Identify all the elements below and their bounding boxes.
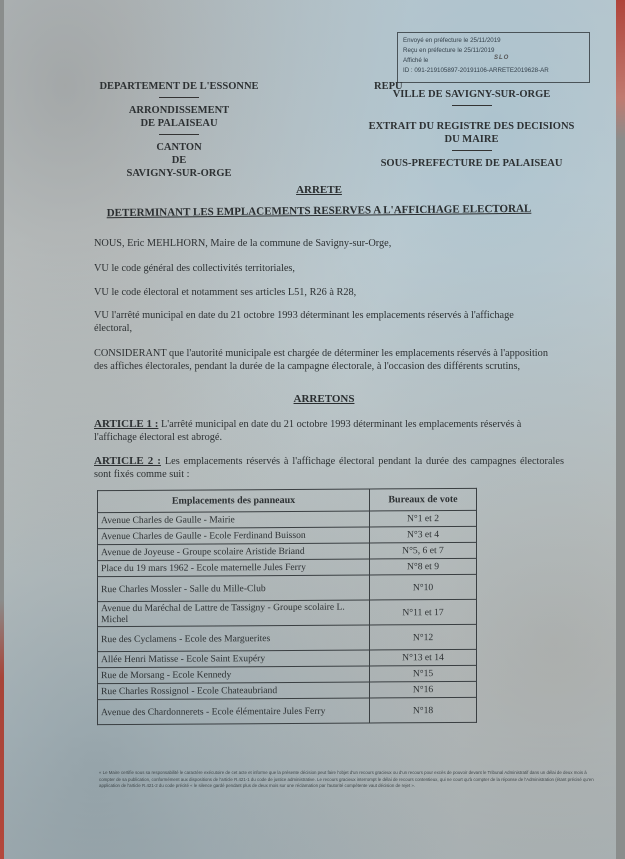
stamp-signature: SLO [494, 53, 509, 63]
location-cell: Rue Charles Rossignol - Ecole Chateaubri… [98, 682, 370, 700]
extract-line-1: EXTRAIT DU REGISTRE DES DECISIONS [334, 120, 609, 133]
table-row: Rue des Cyclamens - Ecole des Marguerite… [98, 624, 477, 651]
preamble-code-electoral: VU le code électoral et notamment ses ar… [94, 286, 564, 299]
article-2: ARTICLE 2 : Les emplacements réservés à … [94, 455, 564, 481]
bureaux-cell: N°3 et 4 [370, 526, 477, 543]
location-cell: Allée Henri Matisse - Ecole Saint Exupér… [98, 650, 370, 668]
location-cell: Avenue Charles de Gaulle - Ecole Ferdina… [98, 527, 370, 545]
bureaux-cell: N°16 [370, 681, 477, 698]
document-subtitle: DETERMINANT LES EMPLACEMENTS RESERVES A … [99, 203, 539, 220]
column-header-bureaux: Bureaux de vote [370, 488, 477, 511]
stamp-id: ID : 091-219105897-20191106-ARRETE201962… [403, 66, 589, 76]
canton-line-1: CANTON [84, 141, 274, 154]
divider [159, 97, 199, 98]
location-cell: Avenue des Chardonnerets - Ecole élément… [98, 698, 370, 725]
canton-line-2: DE [84, 154, 274, 167]
bureaux-cell: N°5, 6 et 7 [370, 542, 477, 559]
document-page: Envoyé en préfecture le 25/11/2019 Reçu … [4, 0, 616, 859]
divider [452, 105, 492, 106]
table-row: Rue Charles Mossler - Salle du Mille-Clu… [98, 574, 477, 601]
bureaux-cell: N°18 [370, 697, 477, 723]
column-header-location: Emplacements des panneaux [98, 489, 370, 513]
arrondissement-line-2: DE PALAISEAU [84, 117, 274, 130]
republic-label: REPU [374, 80, 403, 93]
preamble-mayor: NOUS, Eric MEHLHORN, Maire de la commune… [94, 237, 564, 250]
location-cell: Avenue de Joyeuse - Groupe scolaire Aris… [98, 543, 370, 561]
bureaux-cell: N°11 et 17 [370, 599, 477, 625]
preamble-arrete-1993: VU l'arrêté municipal en date du 21 octo… [94, 309, 554, 335]
location-cell: Avenue du Maréchal de Lattre de Tassigny… [98, 600, 370, 627]
divider [159, 134, 199, 135]
table-header-row: Emplacements des panneaux Bureaux de vot… [98, 488, 477, 512]
article-1: ARTICLE 1 : L'arrêté municipal en date d… [94, 418, 564, 444]
subprefecture: SOUS-PREFECTURE DE PALAISEAU [334, 157, 609, 170]
preamble-cgct: VU le code général des collectivités ter… [94, 262, 564, 275]
prefecture-stamp: Envoyé en préfecture le 25/11/2019 Reçu … [397, 32, 590, 83]
location-cell: Rue des Cyclamens - Ecole des Marguerite… [98, 625, 370, 652]
divider [452, 150, 492, 151]
extract-line-2: DU MAIRE [334, 133, 609, 146]
table-row: Avenue des Chardonnerets - Ecole élément… [98, 697, 477, 724]
article-2-label: ARTICLE 2 : [94, 455, 161, 467]
bureaux-cell: N°13 et 14 [370, 649, 477, 666]
article-1-text: L'arrêté municipal en date du 21 octobre… [94, 419, 521, 443]
bureaux-cell: N°15 [370, 665, 477, 682]
bureaux-cell: N°8 et 9 [370, 558, 477, 575]
bureaux-cell: N°10 [370, 574, 477, 600]
decree-heading: ARRETONS [89, 393, 559, 405]
legal-footer-note: « Le Maire certifie sous sa responsabili… [99, 770, 594, 790]
stamp-sent: Envoyé en préfecture le 25/11/2019 [403, 36, 589, 46]
article-1-label: ARTICLE 1 : [94, 418, 158, 430]
department: DEPARTEMENT DE L'ESSONNE [84, 80, 274, 93]
document-title: ARRETE [84, 184, 554, 196]
location-cell: Rue de Morsang - Ecole Kennedy [98, 666, 370, 684]
canton-line-3: SAVIGNY-SUR-ORGE [84, 167, 274, 180]
locations-table: Emplacements des panneaux Bureaux de vot… [97, 488, 477, 725]
location-cell: Avenue Charles de Gaulle - Mairie [98, 511, 370, 529]
header-right: REPU VILLE DE SAVIGNY-SUR-ORGE EXTRAIT D… [334, 80, 609, 170]
header-left: DEPARTEMENT DE L'ESSONNE ARRONDISSEMENT … [84, 80, 274, 180]
bureaux-cell: N°1 et 2 [370, 510, 477, 527]
arrondissement-line-1: ARRONDISSEMENT [84, 104, 274, 117]
preamble-considerant: CONSIDERANT que l'autorité municipale es… [94, 347, 549, 373]
background-edge [615, 0, 625, 140]
location-cell: Place du 19 mars 1962 - Ecole maternelle… [98, 559, 370, 577]
location-cell: Rue Charles Mossler - Salle du Mille-Clu… [98, 575, 370, 602]
table-row: Avenue du Maréchal de Lattre de Tassigny… [98, 599, 477, 626]
bureaux-cell: N°12 [370, 624, 477, 650]
article-2-text: Les emplacements réservés à l'affichage … [94, 456, 564, 480]
